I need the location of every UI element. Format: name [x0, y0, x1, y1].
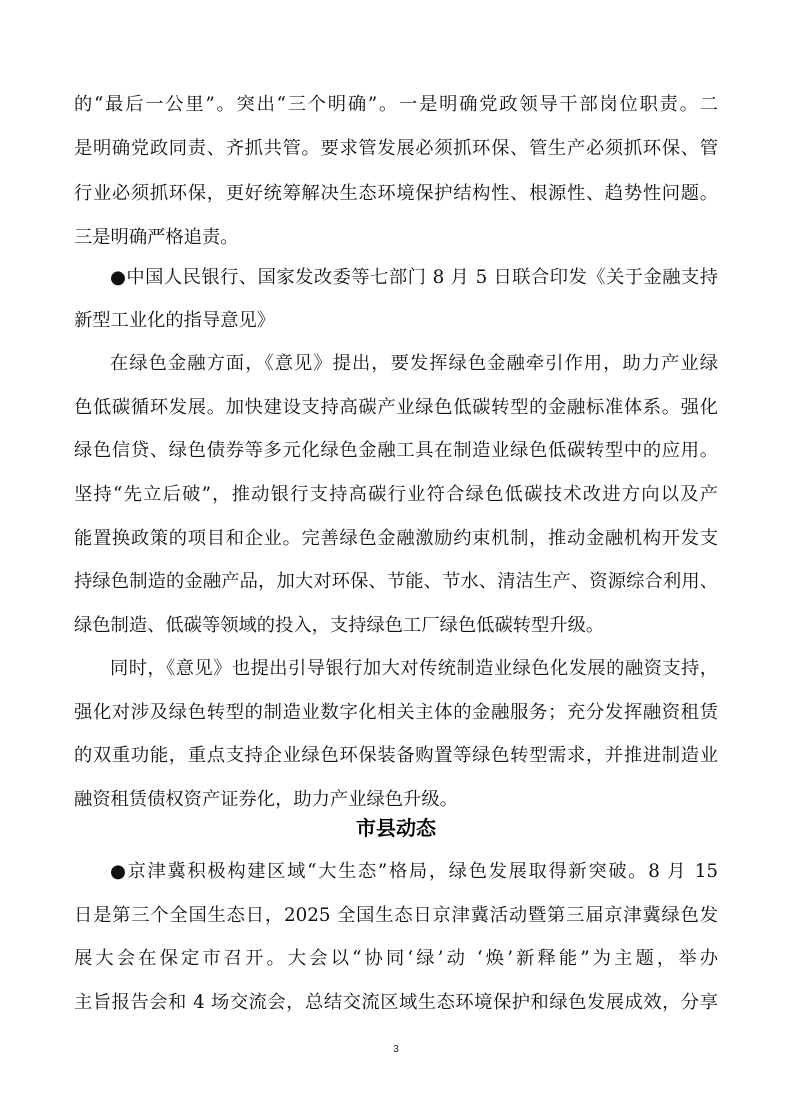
- text-line: 能置换政策的项目和企业。完善绿色金融激励约束机制，推动金融机构开发支: [74, 524, 718, 554]
- text-line: 的双重功能，重点支持企业绿色环保装备购置等绿色转型需求，并推进制造业: [74, 741, 718, 771]
- page-number: 3: [390, 1044, 402, 1055]
- text-line: 是明确党政同责、齐抓共管。要求管发展必须抓环保、管生产必须抓环保、管: [74, 134, 718, 164]
- text-line: 在绿色金融方面，《意见》提出，要发挥绿色金融牵引作用，助力产业绿: [74, 349, 718, 379]
- text-line: 绿色信贷、绿色债券等多元化绿色金融工具在制造业绿色低碳转型中的应用。: [74, 436, 718, 466]
- text-line: 强化对涉及绿色转型的制造业数字化相关主体的金融服务；充分发挥融资租赁: [74, 698, 718, 728]
- text-line: 新型工业化的指导意见》: [74, 306, 718, 336]
- text-line: 色低碳循环发展。加快建设支持高碳产业绿色低碳转型的金融标准体系。强化: [74, 393, 718, 423]
- text-line: 持绿色制造的金融产品，加大对环保、节能、节水、清洁生产、资源综合利用、: [74, 567, 718, 597]
- text-line: 同时，《意见》也提出引导银行加大对传统制造业绿色化发展的融资支持，: [74, 654, 718, 684]
- text-line: 融资租赁债权资产证券化，助力产业绿色升级。: [74, 785, 718, 815]
- text-line: 展大会在保定市召开。大会以“协同‘绿’动 ‘焕’新释能”为主题，举办: [74, 944, 718, 974]
- bullet-item-headline: ●中国人民银行、国家发改委等七部门 8 月 5 日联合印发《关于金融支持: [74, 263, 718, 293]
- bullet-item-headline: ●京津冀积极构建区域“大生态”格局，绿色发展取得新突破。8 月 15: [74, 857, 718, 887]
- text-line: 绿色制造、低碳等领域的投入，支持绿色工厂绿色低碳转型升级。: [74, 611, 718, 641]
- section-heading: 市县动态: [74, 813, 718, 843]
- text-line: 坚持“先立后破”，推动银行支持高碳行业符合绿色低碳技术改进方向以及产: [74, 480, 718, 510]
- text-line: 的“最后一公里”。突出“三个明确”。一是明确党政领导干部岗位职责。二: [74, 90, 718, 120]
- text-line: 日是第三个全国生态日，2025 全国生态日京津冀活动暨第三届京津冀绿色发: [74, 901, 718, 931]
- text-line: 行业必须抓环保，更好统筹解决生态环境保护结构性、根源性、趋势性问题。: [74, 179, 718, 209]
- text-line: 主旨报告会和 4 场交流会，总结交流区域生态环境保护和绿色发展成效，分享: [74, 988, 718, 1018]
- text-line: 三是明确严格追责。: [74, 223, 718, 253]
